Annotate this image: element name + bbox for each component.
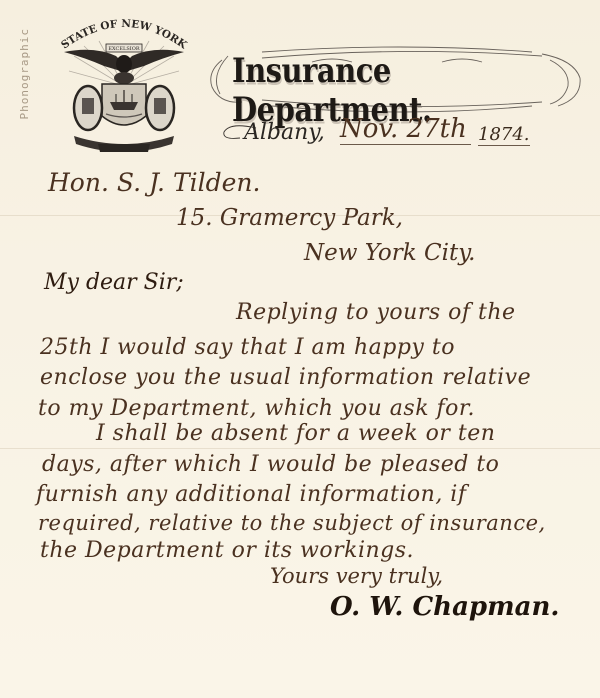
- body-line: days, after which I would be pleased to: [42, 452, 499, 477]
- city-printed: Albany,: [244, 120, 325, 145]
- svg-text:EXCELSIOR: EXCELSIOR: [108, 46, 139, 52]
- signature: O. W. Chapman.: [330, 592, 559, 622]
- addressee-street: 15. Gramercy Park,: [176, 205, 403, 231]
- body-line: furnish any additional information, if: [36, 482, 467, 507]
- body-line: 25th I would say that I am happy to: [40, 335, 455, 360]
- letterhead-masthead: Insurance Department.: [202, 42, 598, 120]
- body-line: to my Department, which you ask for.: [38, 396, 475, 421]
- fold-line: [0, 448, 600, 449]
- salutation: My dear Sir;: [44, 270, 184, 295]
- body-line: I shall be absent for a week or ten: [96, 421, 495, 446]
- body-line: Replying to yours of the: [236, 300, 516, 325]
- body-line: the Department or its workings.: [40, 538, 414, 563]
- addressee-city: New York City.: [304, 240, 475, 266]
- closing: Yours very truly,: [270, 564, 443, 588]
- body-line: required, relative to the subject of ins…: [38, 511, 546, 535]
- photographer-watermark: Phonographic: [18, 28, 31, 119]
- state-seal: STATE OF NEW YORK EXCELSIOR: [44, 6, 204, 166]
- letter-paper: Phonographic STATE OF NEW YORK EXCELSIOR: [0, 0, 600, 698]
- year: 1874.: [478, 124, 530, 146]
- date-handwritten: Nov. 27th: [340, 114, 471, 145]
- body-line: enclose you the usual information relati…: [40, 365, 531, 390]
- addressee-name: Hon. S. J. Tilden.: [48, 168, 260, 197]
- seal-emblem-icon: EXCELSIOR: [44, 6, 204, 166]
